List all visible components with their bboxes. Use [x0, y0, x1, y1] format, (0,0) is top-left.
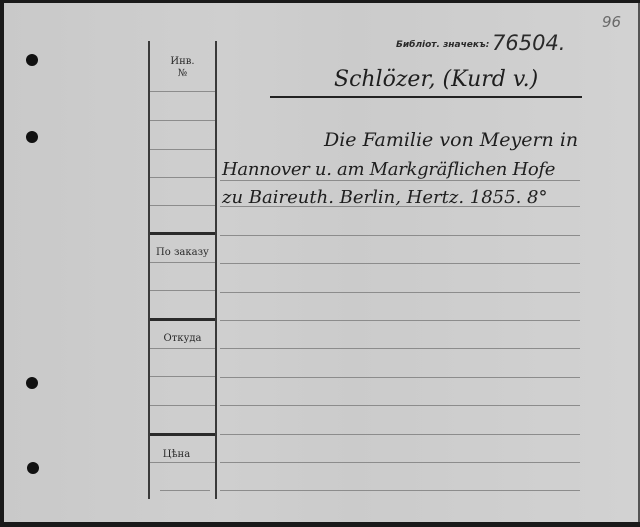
title-line-2: Hannover u. am Markgräflichen Hofe: [222, 159, 555, 180]
ruled-line: [220, 405, 580, 406]
punch-hole: [27, 462, 39, 474]
ruled-line: [220, 434, 580, 435]
punch-hole: [26, 54, 38, 66]
shelfmark-label: Библіот. значекъ:: [396, 40, 489, 50]
left-rule: [150, 149, 215, 150]
section-divider: [150, 433, 215, 436]
ruled-line: [220, 490, 580, 491]
order-label: По заказу: [150, 247, 215, 259]
left-rule: [150, 376, 215, 377]
inventory-number-label: Инв. №: [150, 56, 215, 80]
left-rule: [150, 462, 215, 463]
punch-hole: [26, 131, 38, 143]
title-line-3: zu Baireuth. Berlin, Hertz. 1855. 8°: [222, 187, 548, 208]
ruled-line: [220, 462, 580, 463]
left-rule: [150, 290, 215, 291]
section-divider: [150, 318, 215, 321]
punch-hole: [26, 377, 38, 389]
left-rule: [150, 262, 215, 263]
left-rule: [150, 91, 215, 92]
left-rule: [150, 348, 215, 349]
ruled-line: [220, 292, 580, 293]
left-rule: [150, 205, 215, 206]
left-rule: [150, 120, 215, 121]
pencil-card-number: 96: [602, 13, 621, 31]
ruled-line: [220, 180, 580, 181]
section-divider: [150, 232, 215, 235]
price-label: Цѣна: [144, 449, 209, 461]
left-column-left-border: [148, 41, 150, 499]
ruled-line: [220, 377, 580, 378]
ruled-line: [220, 235, 580, 236]
ruled-line: [220, 263, 580, 264]
left-rule: [160, 490, 210, 491]
title-line-1: Die Familie von Meyern in: [324, 129, 578, 151]
shelfmark-value: 76504.: [492, 31, 565, 55]
author-heading: Schlözer, (Kurd v.): [334, 67, 538, 92]
catalog-card: Инв. № По заказу Откуда Цѣна 96 Библіот.…: [4, 3, 640, 522]
ruled-line: [220, 320, 580, 321]
origin-label: Откуда: [150, 333, 215, 345]
author-underline: [270, 96, 582, 98]
ruled-line: [220, 348, 580, 349]
left-rule: [150, 177, 215, 178]
left-column-right-border: [215, 41, 217, 499]
left-rule: [150, 405, 215, 406]
